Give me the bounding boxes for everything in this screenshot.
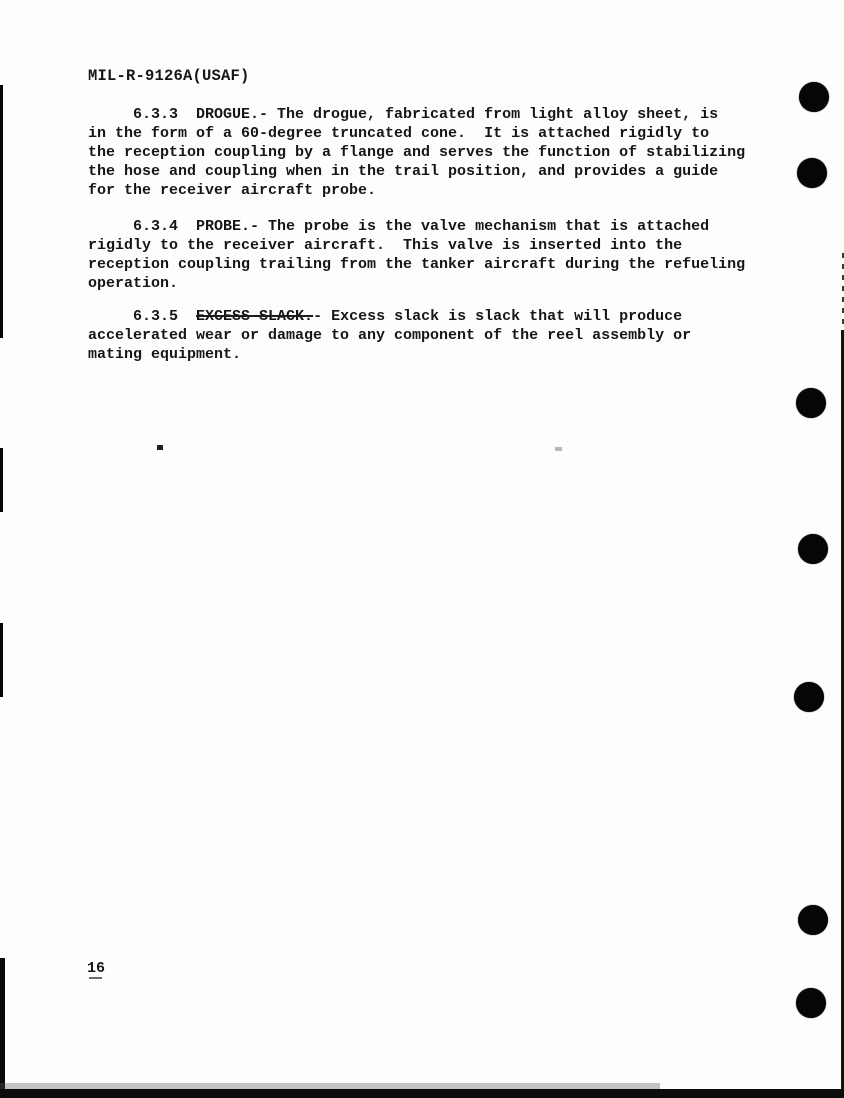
- paragraph-6-3-3-drogue: 6.3.3 DROGUE.- The drogue, fabricated fr…: [88, 105, 768, 200]
- document-id-header: MIL-R-9126A(USAF): [88, 67, 250, 85]
- text-line: rigidly to the receiver aircraft. This v…: [88, 236, 768, 255]
- text-line: 6.3.3 DROGUE.- The drogue, fabricated fr…: [88, 105, 768, 124]
- binding-hole-dot: [797, 158, 827, 188]
- struck-text: EXCESS SLACK.: [196, 308, 313, 325]
- text-line: operation.: [88, 274, 768, 293]
- binding-hole-dot: [796, 988, 826, 1018]
- bottom-edge-band: [0, 1089, 844, 1098]
- text-line: accelerated wear or damage to any compon…: [88, 326, 768, 345]
- text-line: mating equipment.: [88, 345, 768, 364]
- binding-hole-dot: [798, 905, 828, 935]
- text-segment: 6.3.5: [88, 308, 196, 325]
- left-edge-line-2: [0, 448, 3, 512]
- paragraph-6-3-5-excess-slack: 6.3.5 EXCESS SLACK.- Excess slack is sla…: [88, 307, 768, 364]
- text-line: the hose and coupling when in the trail …: [88, 162, 768, 181]
- left-edge-bottom-bar: [0, 958, 5, 1098]
- ink-speck-1: [157, 445, 163, 450]
- text-line: 6.3.4 PROBE.- The probe is the valve mec…: [88, 217, 768, 236]
- binding-hole-dot: [794, 682, 824, 712]
- document-page: MIL-R-9126A(USAF) 6.3.3 DROGUE.- The dro…: [0, 0, 844, 1098]
- binding-hole-dot: [798, 534, 828, 564]
- binding-hole-dot: [796, 388, 826, 418]
- text-line: 6.3.5 EXCESS SLACK.- Excess slack is sla…: [88, 307, 768, 326]
- text-line: reception coupling trailing from the tan…: [88, 255, 768, 274]
- text-line: in the form of a 60-degree truncated con…: [88, 124, 768, 143]
- text-line: for the receiver aircraft probe.: [88, 181, 768, 200]
- left-edge-line-3: [0, 623, 3, 697]
- left-edge-line-1: [0, 85, 3, 338]
- ink-speck-2: [555, 447, 562, 451]
- binding-hole-dot: [799, 82, 829, 112]
- page-number: 16: [87, 960, 105, 977]
- text-line: the reception coupling by a flange and s…: [88, 143, 768, 162]
- text-segment: - Excess slack is slack that will produc…: [313, 308, 682, 325]
- paragraph-6-3-4-probe: 6.3.4 PROBE.- The probe is the valve mec…: [88, 217, 768, 293]
- page-number-underline: [89, 977, 102, 979]
